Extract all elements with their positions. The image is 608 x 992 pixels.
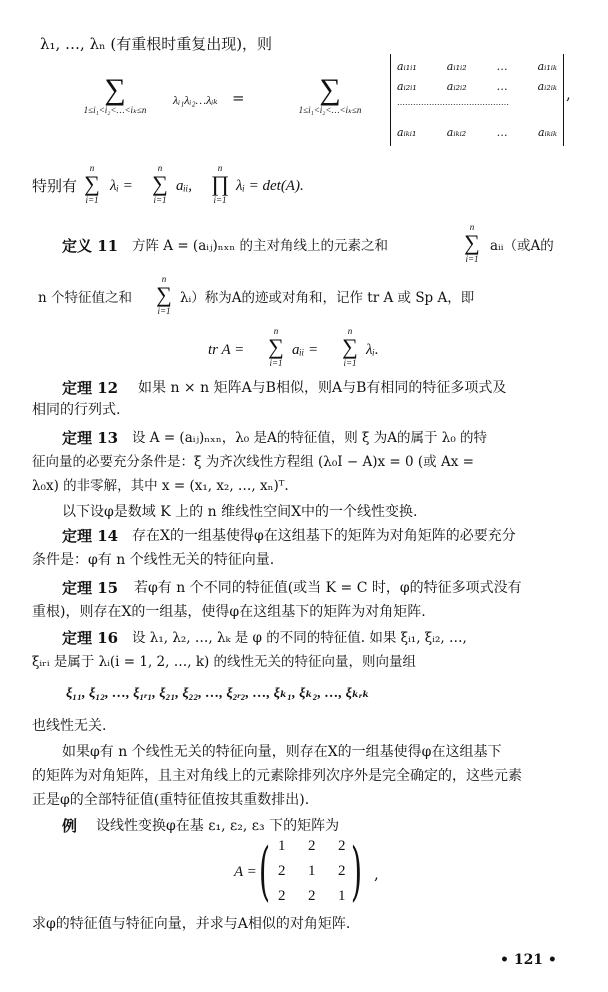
sum-lambda: n ∑ i=1	[80, 163, 104, 205]
special-expr2: aᵢᵢ,	[176, 176, 192, 196]
matrix-lhs: A =	[234, 862, 257, 882]
page-number: • 121 •	[500, 950, 557, 970]
def11-text2a: n 个特征值之和	[38, 288, 132, 308]
thm13-text2: 征向量的必要充分条件是：ξ 为齐次线性方程组 (λ₀I − A)x = 0 (或…	[32, 452, 474, 472]
trace-formula-c: λᵢ.	[366, 340, 379, 360]
thm13-label: 定理 13	[62, 428, 118, 448]
lhs-product: λᵢ₁λᵢ₂…λᵢₖ	[173, 90, 218, 110]
lhs-sum: ∑ 1≤i₁<i₂<…<iₖ≤n	[55, 75, 175, 115]
thm15-text2: 重根)，则存在X的一组基，使得φ在这组基下的矩阵为对角矩阵.	[32, 602, 426, 622]
example-text2: 求φ的特征值与特征向量，并求与A相似的对角矩阵.	[32, 914, 350, 934]
thm16-vector-list: ξ₁₁, ξ₁₂, …, ξ₁ᵣ₁, ξ₂₁, ξ₂₂, …, ξ₂ᵣ₂, …,…	[66, 684, 370, 704]
def11-sum: n ∑ i=1	[460, 222, 484, 264]
thm14-text2: 条件是：φ有 n 个线性无关的特征向量.	[32, 550, 274, 570]
special-expr3: λᵢ = det(A).	[236, 176, 304, 196]
thm15-text1: 若φ有 n 个不同的特征值(或当 K = C 时，φ的特征多项式没有	[134, 578, 522, 598]
trace-formula-b: aᵢᵢ =	[292, 340, 318, 360]
def11-text1: 方阵 A = (aᵢⱼ)ₙₓₙ 的主对角线上的元素之和	[132, 236, 388, 256]
remark-text2: 的矩阵为对角矩阵，且主对角线上的元素除排列次序外是完全确定的，这些元素	[32, 766, 522, 786]
thm16-label: 定理 16	[62, 628, 118, 648]
thm16-text1: 设 λ₁, λ₂, …, λₖ 是 φ 的不同的特征值. 如果 ξᵢ₁, ξᵢ₂…	[132, 628, 467, 648]
thm13-text1: 设 A = (aᵢⱼ)ₙₓₙ，λ₀ 是A的特征值，则 ξ 为A的属于 λ₀ 的特	[132, 428, 487, 448]
intro-line: λ₁, …, λₙ (有重根时重复出现)，则	[40, 34, 272, 54]
special-expr1: λᵢ =	[110, 176, 133, 196]
formula-comma: ,	[566, 84, 571, 104]
remark-text1: 如果φ有 n 个线性无关的特征向量，则存在X的一组基使得φ在这组基下	[62, 742, 502, 762]
thm12-text1: 如果 n × n 矩阵A与B相似，则A与B有相同的特征多项式及	[138, 378, 506, 398]
matrix-comma: ,	[374, 864, 379, 884]
transition-text: 以下设φ是数域 K 上的 n 维线性空间X中的一个线性变换.	[62, 502, 418, 522]
det-row-dots: ……………………………………	[397, 98, 557, 107]
special-prefix: 特别有	[32, 176, 77, 196]
thm14-text1: 存在X的一组基使得φ在这组基下的矩阵为对角矩阵的必要充分	[132, 526, 516, 546]
thm13-text3: λ₀x) 的非零解，其中 x = (x₁, x₂, …, xₙ)ᵀ.	[32, 476, 289, 496]
def11-sum2: n ∑ i=1	[152, 274, 176, 316]
thm16-text3: 也线性无关.	[32, 716, 106, 736]
left-paren-icon: (	[259, 840, 270, 904]
right-paren-icon: )	[351, 840, 362, 904]
thm12-text2: 相同的行列式.	[32, 400, 120, 420]
sigma-icon: ∑	[55, 75, 175, 105]
def11-text1b: aᵢᵢ（或A的	[490, 236, 554, 256]
thm12-label: 定理 12	[62, 378, 118, 398]
example-label: 例	[62, 816, 77, 836]
trace-formula-a: tr A =	[208, 340, 244, 360]
thm15-label: 定理 15	[62, 578, 118, 598]
sigma-icon: ∑	[270, 75, 390, 105]
product-lambda: n ∏ i=1	[208, 163, 232, 205]
rhs-sum: ∑ 1≤i₁<i₂<…<iₖ≤n	[270, 75, 390, 115]
remark-text3: 正是φ的全部特征值(重特征值按其重数排出).	[32, 790, 309, 810]
lhs-sum-bounds: 1≤i₁<i₂<…<iₖ≤n	[55, 105, 175, 115]
def11-text2b: λᵢ）称为A的迹或对角和，记作 tr A 或 Sp A，即	[180, 288, 474, 308]
det-row-k: aᵢₖᵢ₁ aᵢₖᵢ₂ … aᵢₖᵢₖ	[397, 126, 557, 139]
det-row-2: aᵢ₂ᵢ₁ aᵢ₂ᵢ₂ … aᵢ₂ᵢₖ	[397, 80, 557, 93]
trace-sum2: n ∑ i=1	[338, 326, 362, 368]
sum-aii: n ∑ i=1	[148, 163, 172, 205]
det-row-1: aᵢ₁ᵢ₁ aᵢ₁ᵢ₂ … aᵢ₁ᵢₖ	[397, 60, 557, 73]
thm16-text2: ξᵢᵣᵢ 是属于 λᵢ(i = 1, 2, …, k) 的线性无关的特征向量，则…	[32, 652, 416, 672]
determinant: aᵢ₁ᵢ₁ aᵢ₁ᵢ₂ … aᵢ₁ᵢₖ aᵢ₂ᵢ₁ aᵢ₂ᵢ₂ … aᵢ₂ᵢₖ …	[390, 54, 564, 146]
trace-sum1: n ∑ i=1	[264, 326, 288, 368]
formula-equals: =	[232, 88, 245, 108]
rhs-sum-bounds: 1≤i₁<i₂<…<iₖ≤n	[270, 105, 390, 115]
def11-label: 定义 11	[62, 236, 118, 256]
matrix-A: ( ) 1 2 2 2 1 2 2 2 1	[262, 836, 372, 912]
thm14-label: 定理 14	[62, 526, 118, 546]
example-text1: 设线性变换φ在基 ε₁, ε₂, ε₃ 下的矩阵为	[96, 816, 339, 836]
